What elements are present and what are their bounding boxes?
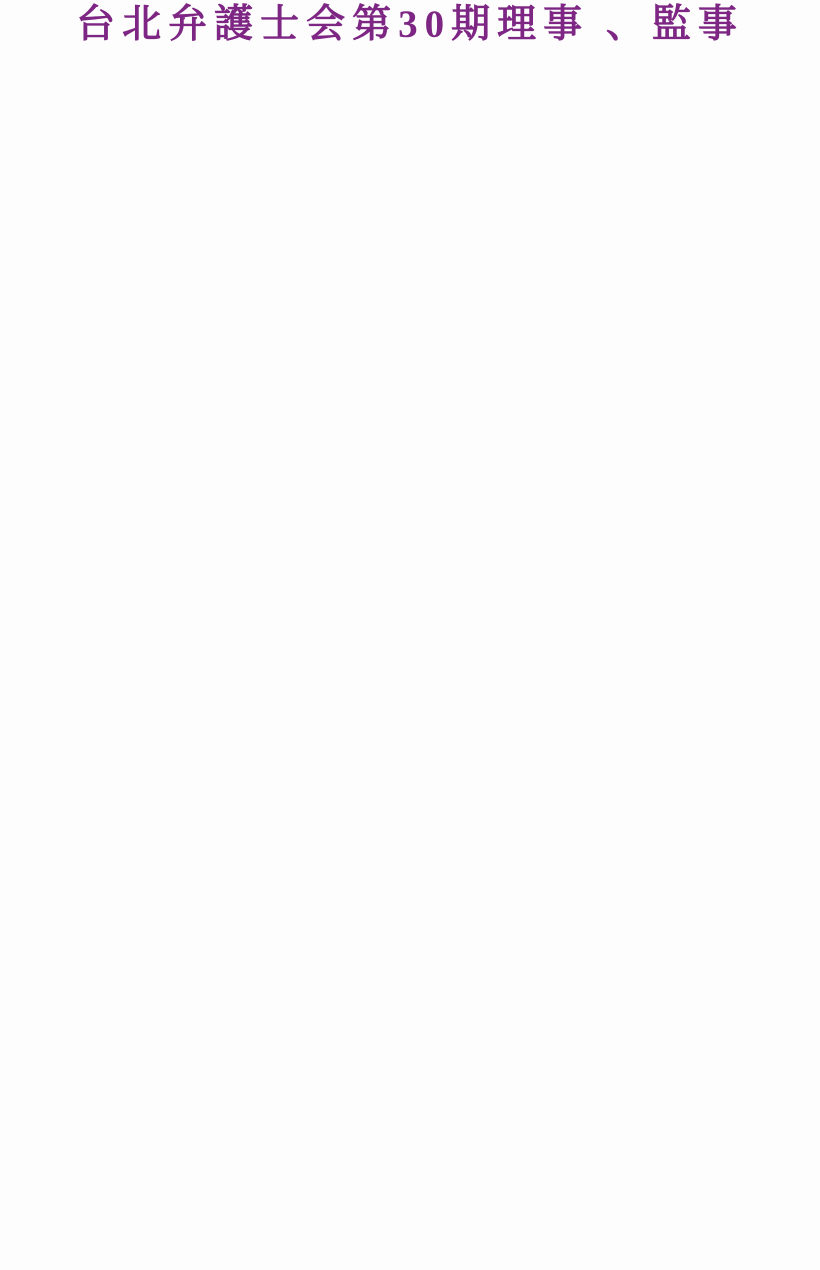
page-title: 台北弁護士会第30期理事 、監事: [0, 0, 820, 46]
officers-table: [0, 46, 820, 1270]
